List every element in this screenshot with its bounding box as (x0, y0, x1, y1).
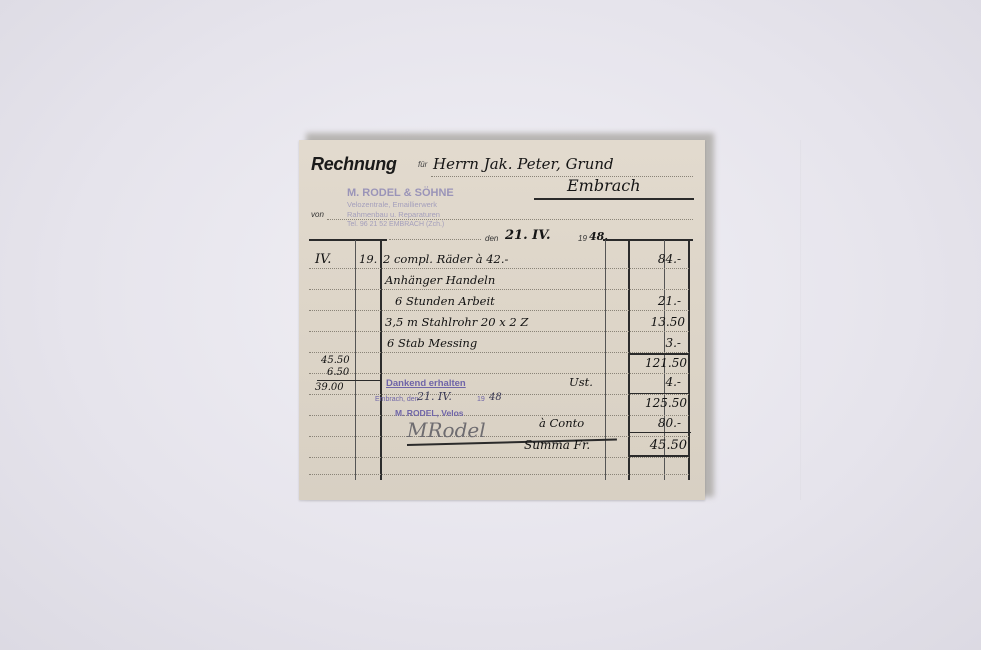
side-calc-result: 39.00 (315, 382, 344, 393)
item-description: Anhänger Handeln (385, 273, 495, 287)
receipt-stamp-place: Embrach, den (375, 396, 419, 403)
row-rule (309, 457, 689, 458)
item-description: 3,5 m Stahlrohr 20 x 2 Z (385, 315, 528, 329)
item-amount: 21.- (629, 294, 681, 308)
extra-mark: Ust. (569, 375, 593, 389)
total-amount: 125.50 (629, 396, 687, 410)
receipt-date: 21. IV. (417, 390, 452, 403)
date-value: 21. IV. (505, 228, 551, 243)
item-amount: 13.50 (629, 315, 685, 329)
header-rule-left (309, 239, 387, 241)
row-rule (309, 474, 689, 475)
row-rule (309, 268, 689, 269)
customer-dotline-1 (431, 176, 693, 177)
stamp-company: M. RODEL & SÖHNE (347, 187, 454, 199)
subtotal-rule (629, 353, 688, 355)
extra-amount: 4.- (629, 375, 681, 389)
row-rule (309, 310, 689, 311)
summa-label: Summa Fr. (524, 438, 590, 452)
receipt-stamp-company: M. RODEL, Velos (395, 408, 464, 418)
row-rule (309, 331, 689, 332)
summa-rule (629, 455, 688, 457)
signature: MRodel (407, 418, 486, 442)
col-divider-day (380, 240, 382, 480)
stamp-line2: Rahmenbau u. Reparaturen (347, 210, 440, 219)
item-month: IV. (315, 252, 331, 267)
date-label: den (485, 234, 498, 243)
receipt-stamp-title: Dankend erhalten (386, 378, 466, 389)
invoice-paper: Rechnung für Herrn Jak. Peter, Grund Emb… (299, 140, 705, 500)
col-divider-right (688, 240, 690, 480)
receipt-year-suffix: 48 (489, 392, 502, 403)
invoice-title: Rechnung (311, 154, 397, 175)
customer-town: Embrach (567, 176, 641, 195)
item-description: 2 compl. Räder à 42.- (383, 252, 508, 266)
customer-underline (534, 198, 694, 200)
row-rule (309, 373, 689, 374)
acconto-label: à Conto (539, 416, 584, 430)
customer-name: Herrn Jak. Peter, Grund (433, 155, 614, 173)
col-divider-month (355, 240, 356, 480)
row-rule (309, 289, 689, 290)
summa-amount: 45.50 (629, 438, 687, 453)
col-divider-note (605, 240, 606, 480)
year-prefix: 19 (578, 234, 587, 243)
date-dotline-left (389, 239, 481, 240)
from-dotline (327, 219, 693, 220)
subtotal-amount: 121.50 (629, 356, 687, 370)
row-rule (309, 436, 689, 437)
header-rule-right (603, 239, 693, 241)
side-calc-rule (317, 380, 381, 381)
total-rule (629, 393, 688, 394)
paper-fold (800, 140, 802, 500)
item-description: 6 Stunden Arbeit (395, 294, 495, 308)
item-amount: 3.- (629, 336, 681, 350)
summa-top-rule (629, 432, 691, 433)
side-calc-b: 6.50 (327, 367, 349, 378)
for-label: für (418, 160, 427, 169)
item-day: 19. (359, 252, 377, 266)
item-description: 6 Stab Messing (387, 336, 477, 350)
side-calc-a: 45.50 (321, 355, 350, 366)
from-label: von (311, 210, 324, 219)
stamp-line1: Velozentrale, Emaillierwerk (347, 200, 437, 209)
stamp-line3: Tel. 96 21 52 EMBRACH (Zch.) (347, 221, 444, 228)
acconto-amount: 80.- (629, 416, 681, 430)
receipt-year-prefix: 19 (477, 396, 485, 403)
item-amount: 84.- (629, 252, 681, 266)
